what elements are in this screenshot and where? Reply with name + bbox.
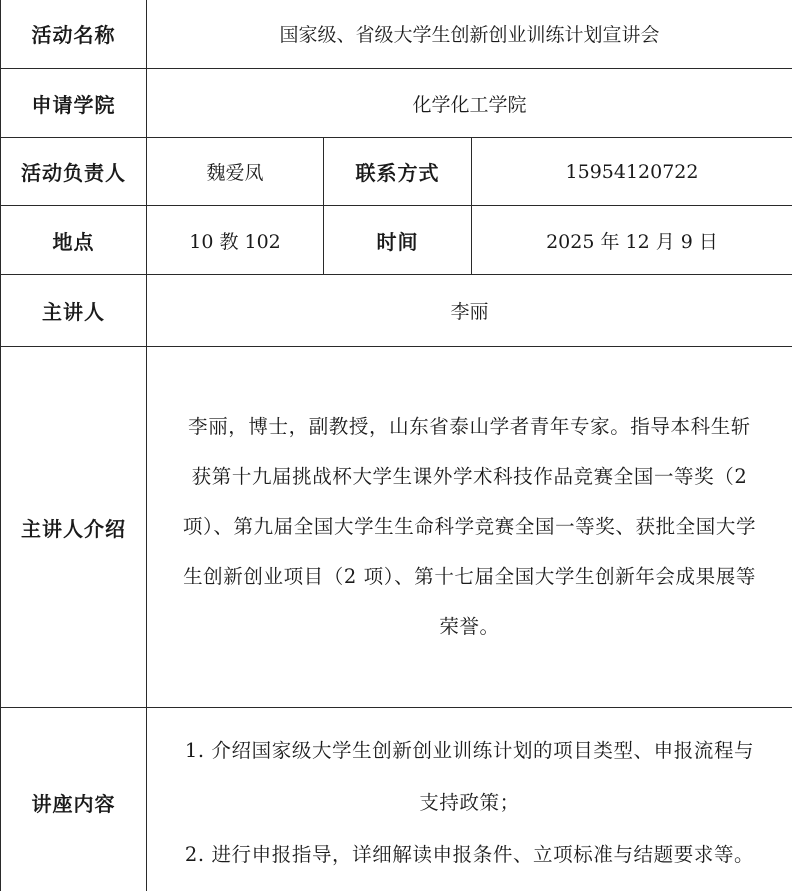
row-location-time: 地点 10 教 102 时间 2025 年 12 月 9 日 xyxy=(1,206,792,275)
speaker-intro-line: 获第十九届挑战杯大学生课外学术科技作品竞赛全国一等奖（2 xyxy=(147,452,792,502)
lecture-content-line: 1. 介绍国家级大学生创新创业训练计划的项目类型、申报流程与 xyxy=(147,725,792,777)
speaker-intro-text: 李丽，博士，副教授，山东省泰山学者青年专家。指导本科生斩 获第十九届挑战杯大学生… xyxy=(147,347,792,708)
speaker-intro-line: 生创新创业项目（2 项）、第十七届全国大学生创新年会成果展等 xyxy=(147,552,792,602)
document-page: 活动名称 国家级、省级大学生创新创业训练计划宣讲会 申请学院 化学化工学院 活动… xyxy=(0,0,792,891)
speaker-label: 主讲人 xyxy=(1,275,147,347)
speaker-intro-line: 荣誉。 xyxy=(147,602,792,652)
organizer-value: 魏爱凤 xyxy=(147,138,324,206)
speaker-intro-label: 主讲人介绍 xyxy=(1,347,147,708)
row-college: 申请学院 化学化工学院 xyxy=(1,69,792,138)
lecture-content-label: 讲座内容 xyxy=(1,708,147,891)
activity-name-value: 国家级、省级大学生创新创业训练计划宣讲会 xyxy=(147,0,792,69)
row-speaker-intro: 主讲人介绍 李丽，博士，副教授，山东省泰山学者青年专家。指导本科生斩 获第十九届… xyxy=(1,347,792,708)
lecture-content-text: 1. 介绍国家级大学生创新创业训练计划的项目类型、申报流程与 支持政策； 2. … xyxy=(147,708,792,891)
college-label: 申请学院 xyxy=(1,69,147,138)
organizer-label: 活动负责人 xyxy=(1,138,147,206)
row-speaker: 主讲人 李丽 xyxy=(1,275,792,347)
speaker-intro-line: 项）、第九届全国大学生生命科学竞赛全国一等奖、获批全国大学 xyxy=(147,502,792,552)
time-value: 2025 年 12 月 9 日 xyxy=(472,206,792,275)
location-value: 10 教 102 xyxy=(147,206,324,275)
row-organizer-contact: 活动负责人 魏爱凤 联系方式 15954120722 xyxy=(1,138,792,206)
activity-form-table: 活动名称 国家级、省级大学生创新创业训练计划宣讲会 申请学院 化学化工学院 活动… xyxy=(0,0,792,891)
speaker-intro-line: 李丽，博士，副教授，山东省泰山学者青年专家。指导本科生斩 xyxy=(147,402,792,452)
row-lecture-content: 讲座内容 1. 介绍国家级大学生创新创业训练计划的项目类型、申报流程与 支持政策… xyxy=(1,708,792,891)
lecture-content-line: 支持政策； xyxy=(147,777,792,829)
activity-name-label: 活动名称 xyxy=(1,0,147,69)
lecture-content-line: 2. 进行申报指导，详细解读申报条件、立项标准与结题要求等。 xyxy=(147,829,792,881)
location-label: 地点 xyxy=(1,206,147,275)
contact-value: 15954120722 xyxy=(472,138,792,206)
time-label: 时间 xyxy=(324,206,472,275)
college-value: 化学化工学院 xyxy=(147,69,792,138)
contact-label: 联系方式 xyxy=(324,138,472,206)
speaker-value: 李丽 xyxy=(147,275,792,347)
row-activity-name: 活动名称 国家级、省级大学生创新创业训练计划宣讲会 xyxy=(1,0,792,69)
